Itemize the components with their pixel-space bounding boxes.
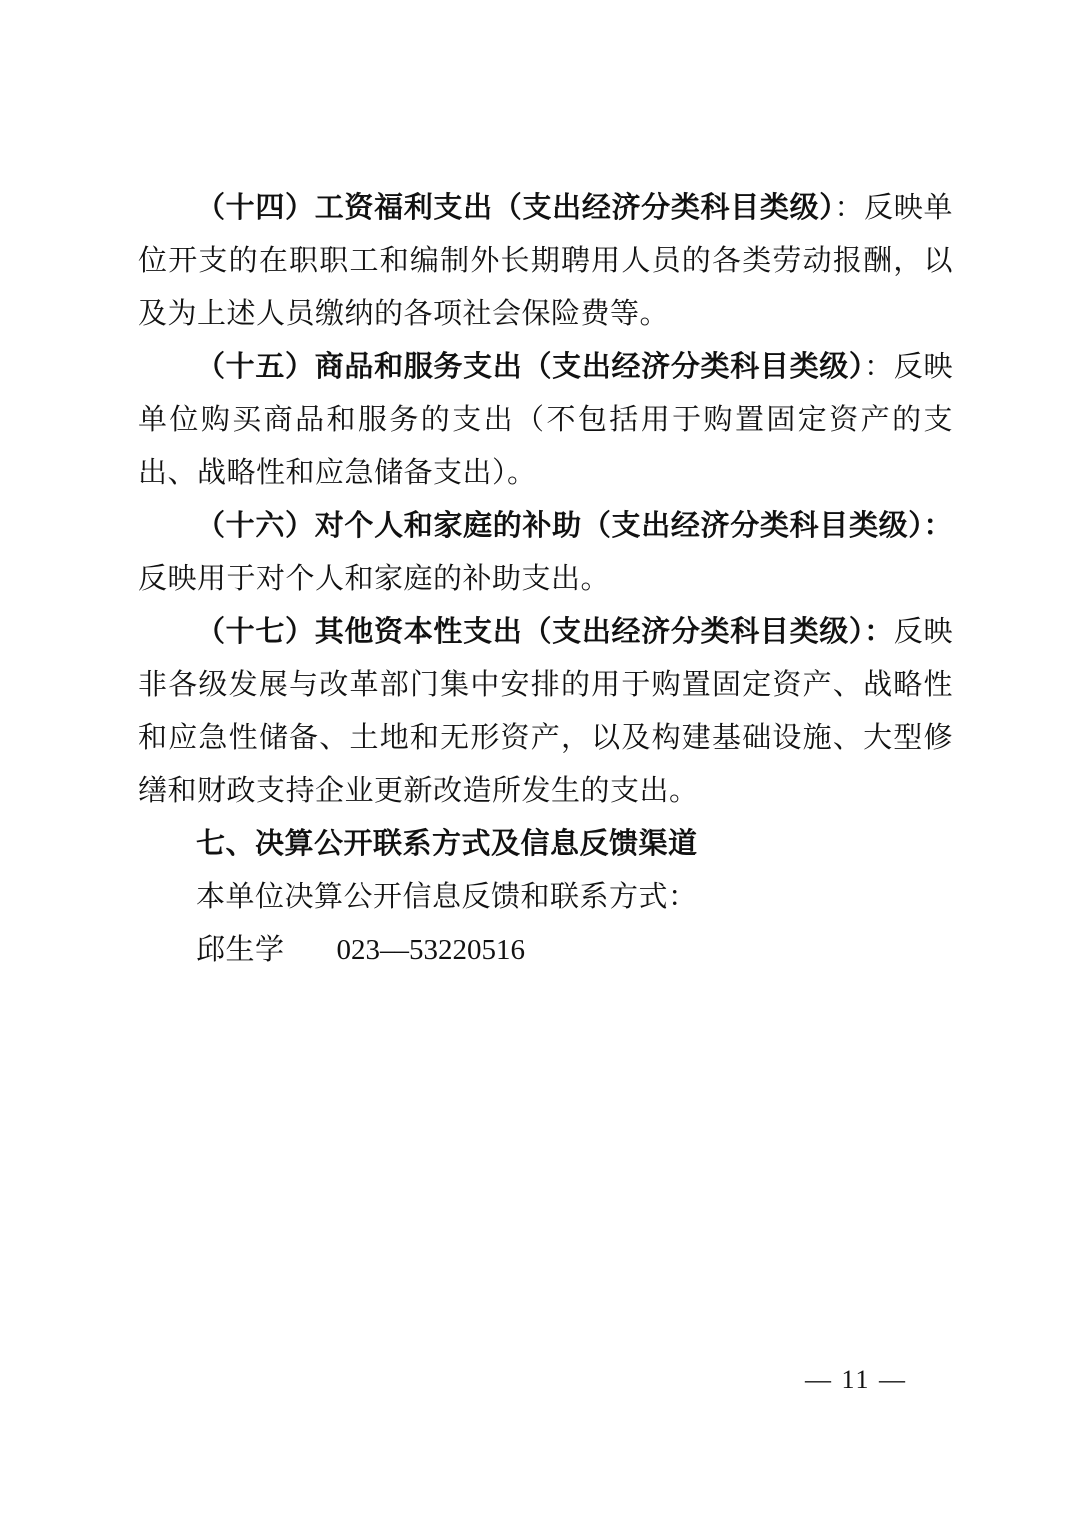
contact-row: 邱生学023––53220516	[138, 924, 953, 977]
paragraph-label: （十七）其他资本性支出（支出经济分类科目类级）：	[196, 616, 894, 648]
paragraph-label: （十五）商品和服务支出（支出经济分类科目类级）	[196, 351, 864, 383]
paragraph-item-15: （十五）商品和服务支出（支出经济分类科目类级）：反映单位购买商品和服务的支出（不…	[138, 341, 953, 500]
paragraph-body: 反映用于对个人和家庭的补助支出。	[138, 563, 610, 595]
paragraph-label: （十四）工资福利支出（支出经济分类科目类级）	[196, 192, 834, 224]
contact-intro: 本单位决算公开信息反馈和联系方式：	[138, 871, 953, 924]
document-page: （十四）工资福利支出（支出经济分类科目类级）：反映单位开支的在职职工和编制外长期…	[0, 0, 1075, 1520]
paragraph-label: （十六）对个人和家庭的补助（支出经济分类科目类级）：	[196, 510, 953, 542]
contact-name: 邱生学	[196, 934, 285, 966]
document-body: （十四）工资福利支出（支出经济分类科目类级）：反映单位开支的在职职工和编制外长期…	[138, 182, 953, 977]
contact-phone: 023––53220516	[337, 934, 526, 966]
paragraph-item-17: （十七）其他资本性支出（支出经济分类科目类级）：反映非各级发展与改革部门集中安排…	[138, 606, 953, 818]
paragraph-item-16: （十六）对个人和家庭的补助（支出经济分类科目类级）：反映用于对个人和家庭的补助支…	[138, 500, 953, 606]
section-heading: 七、决算公开联系方式及信息反馈渠道	[138, 818, 953, 871]
page-number: — 11 —	[805, 1365, 907, 1395]
paragraph-item-14: （十四）工资福利支出（支出经济分类科目类级）：反映单位开支的在职职工和编制外长期…	[138, 182, 953, 341]
